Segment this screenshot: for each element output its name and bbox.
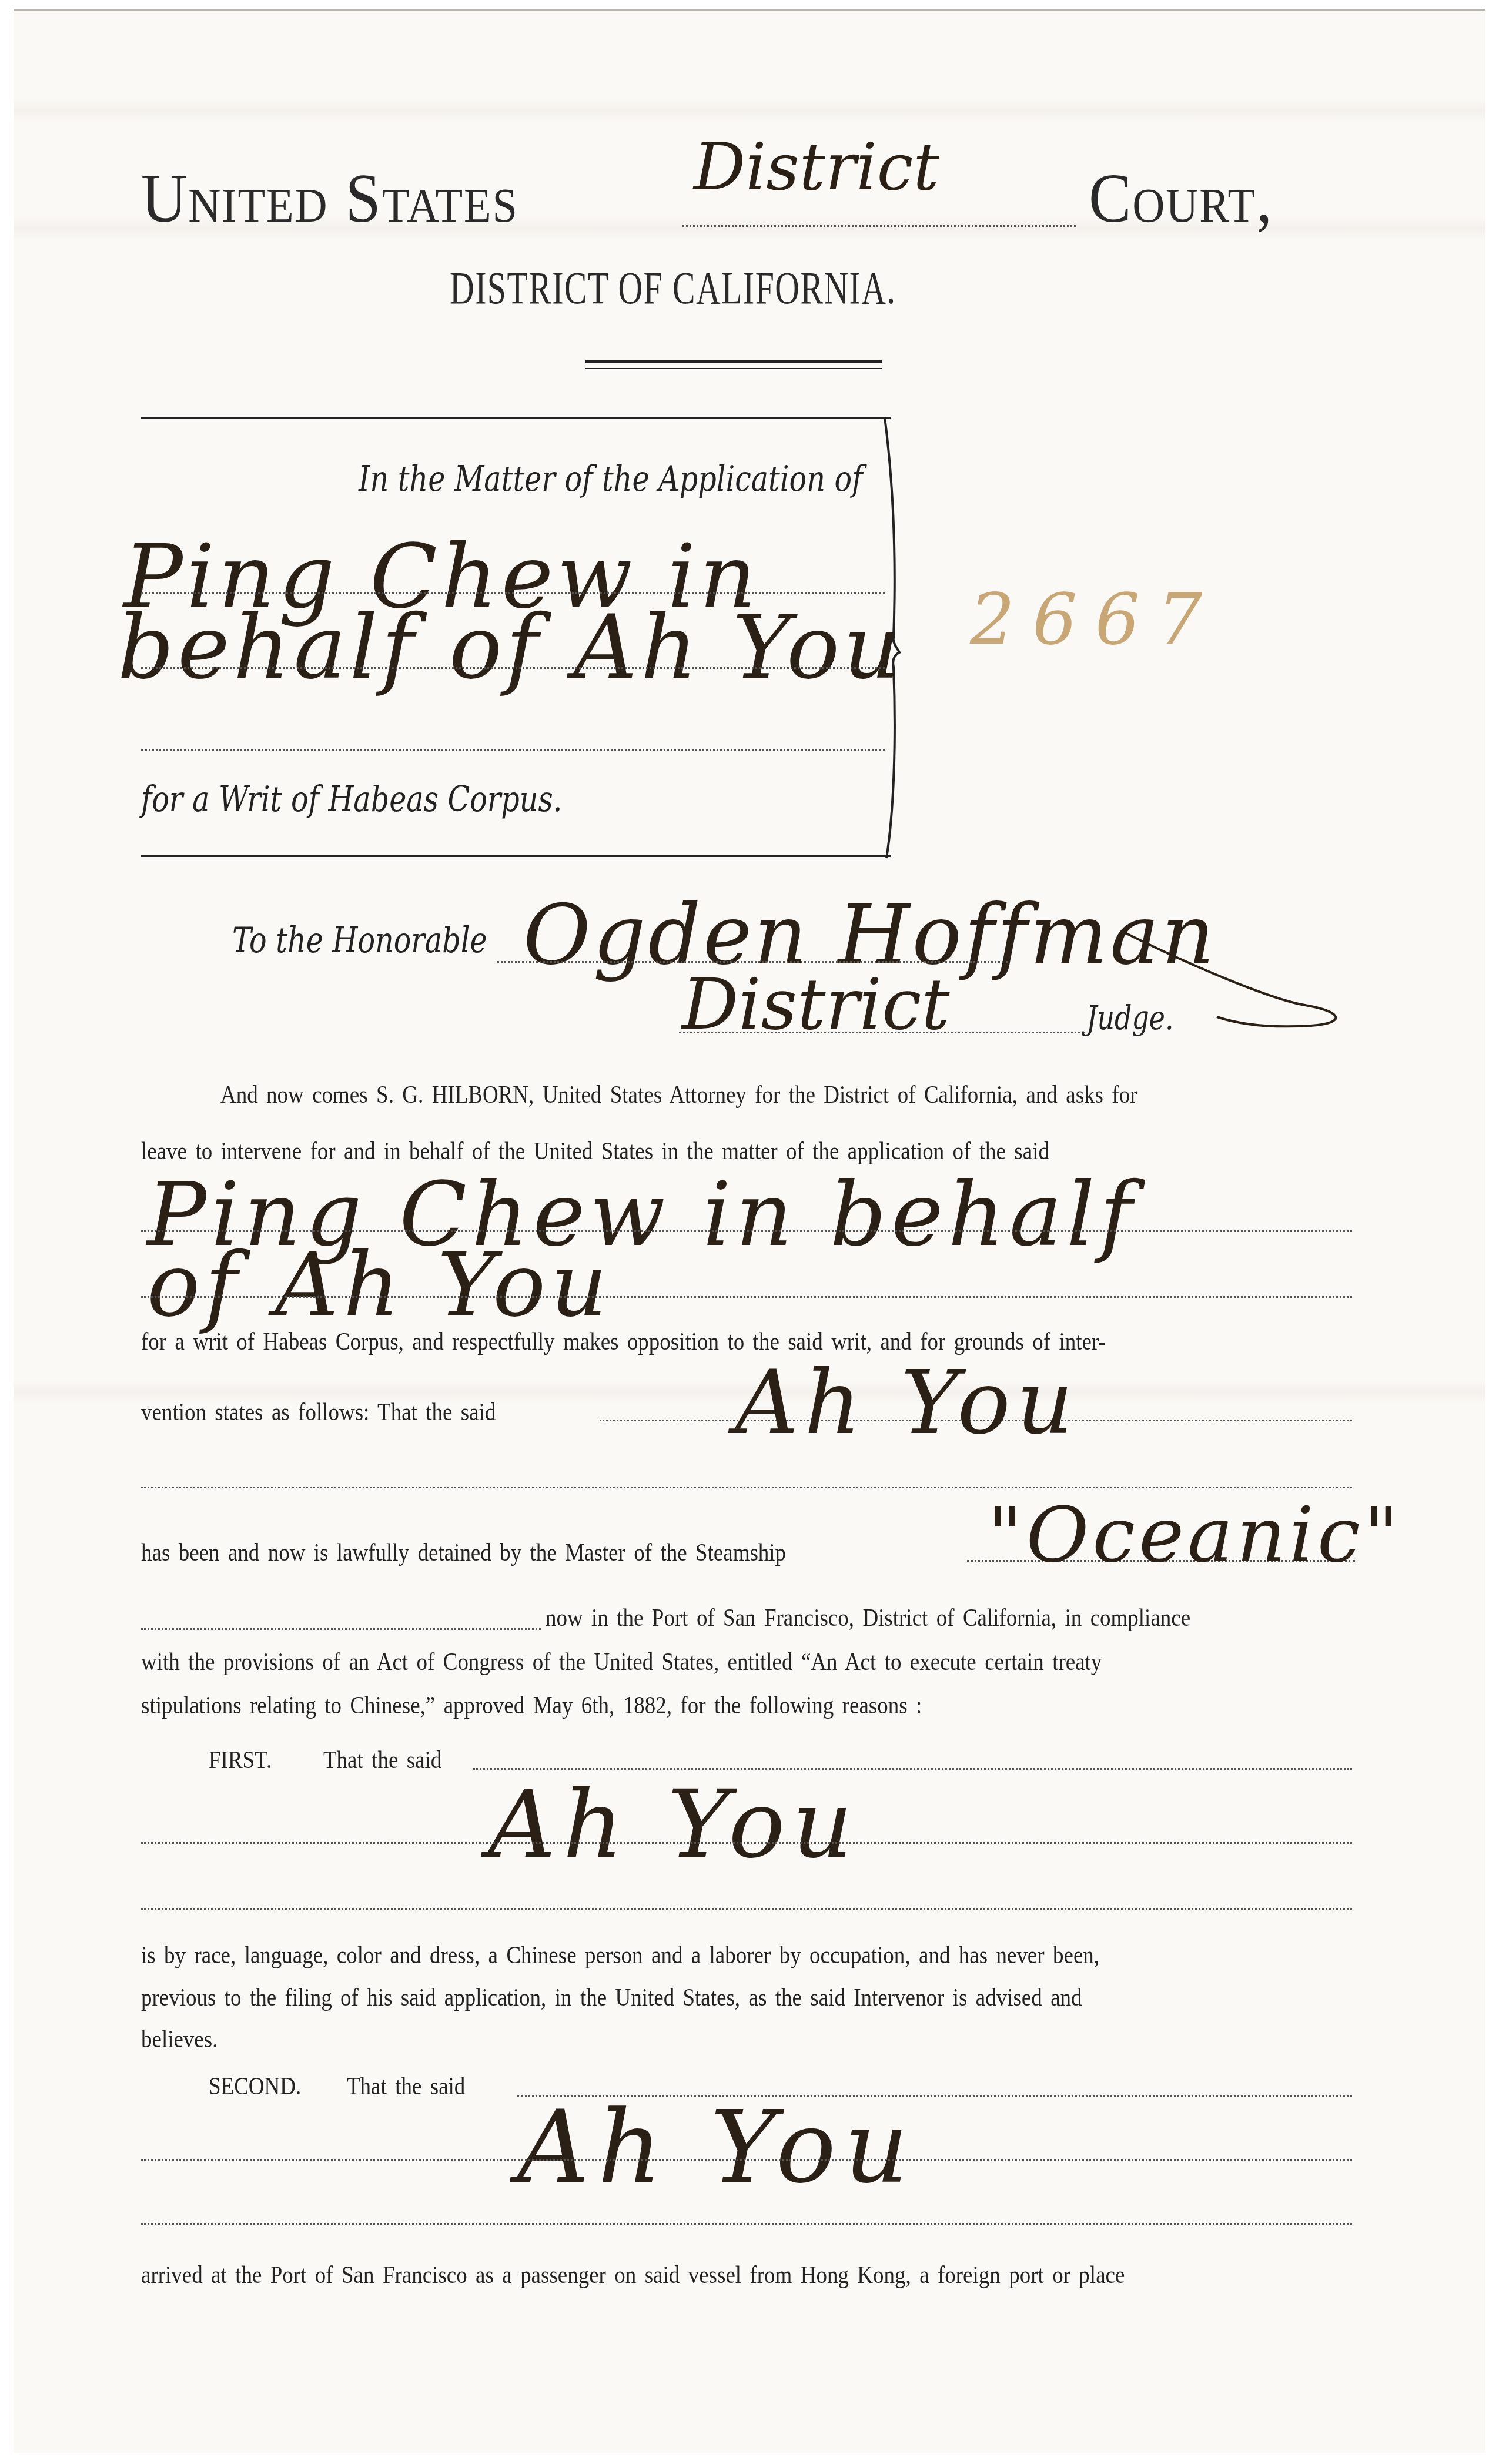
fold-crease [14, 99, 1485, 122]
case-number: 2667 [970, 579, 1220, 661]
judge-suffix: Judge. [1086, 999, 1174, 1037]
first-detainee-handwritten: Ah You [488, 1769, 860, 1879]
caption-blank-3 [141, 749, 885, 751]
body-line: now in the Port of San Francisco, Distri… [546, 1603, 1190, 1632]
second-blank-2 [141, 2159, 1352, 2161]
court-title-left: United States [141, 159, 518, 239]
court-type-handwritten: District [694, 129, 939, 205]
address-prefix: To the Honorable [232, 920, 487, 961]
caption-box-bottom [141, 855, 891, 857]
court-type-blank [682, 225, 1076, 227]
first-label: FIRST. [209, 1746, 272, 1775]
first-lead: That the said [323, 1746, 441, 1775]
double-rule-top [585, 360, 882, 363]
applicant-handwritten-body-2: of Ah You [147, 1234, 612, 1337]
body-line: with the provisions of an Act of Congres… [141, 1648, 1102, 1676]
judge-name-blank [497, 961, 1008, 963]
judge-title-blank [679, 1032, 1085, 1033]
body-line: stipulations relating to Chinese,” appro… [141, 1691, 922, 1720]
second-blank-3 [141, 2223, 1352, 2225]
body-line: is by race, language, color and dress, a… [141, 1941, 1099, 1970]
body-line: And now comes S. G. HILBORN, United Stat… [220, 1080, 1137, 1109]
body-blank-2 [141, 1296, 1352, 1298]
caption-blank-2 [141, 667, 885, 669]
body-line: has been and now is lawfully detained by… [141, 1538, 786, 1567]
body-line: believes. [141, 2025, 218, 2054]
body-line: arrived at the Port of San Francisco as … [141, 2261, 1125, 2289]
steamship-handwritten: "Oceanic" [988, 1490, 1403, 1579]
body-line: previous to the filing of his said appli… [141, 1983, 1082, 2012]
first-blank-2 [141, 1842, 1352, 1844]
body-line: vention states as follows: That the said [141, 1398, 496, 1427]
writ-closing: for a Writ of Habeas Corpus. [141, 779, 562, 820]
caption-blank-1 [141, 592, 885, 594]
body-blank-3 [141, 1487, 1352, 1488]
second-lead: That the said [347, 2072, 465, 2101]
body-line: leave to intervene for and in behalf of … [141, 1137, 1049, 1166]
double-rule-bottom [585, 368, 882, 369]
body-blank-1 [141, 1230, 1352, 1232]
judge-title-handwritten: District [682, 964, 950, 1046]
district-subtitle: DISTRICT OF CALIFORNIA. [450, 262, 896, 314]
first-blank-3 [141, 1908, 1352, 1910]
matter-intro: In the Matter of the Application of [359, 458, 862, 500]
second-label: SECOND. [209, 2072, 301, 2101]
court-title-right: Court, [1089, 159, 1273, 239]
second-detainee-handwritten: Ah You [517, 2090, 917, 2206]
applicant-handwritten-line2: behalf of Ah You [118, 597, 904, 699]
detainee-handwritten: Ah You [735, 1352, 1079, 1454]
steamship-blank-2 [141, 1628, 541, 1630]
caption-box-top [141, 417, 891, 419]
